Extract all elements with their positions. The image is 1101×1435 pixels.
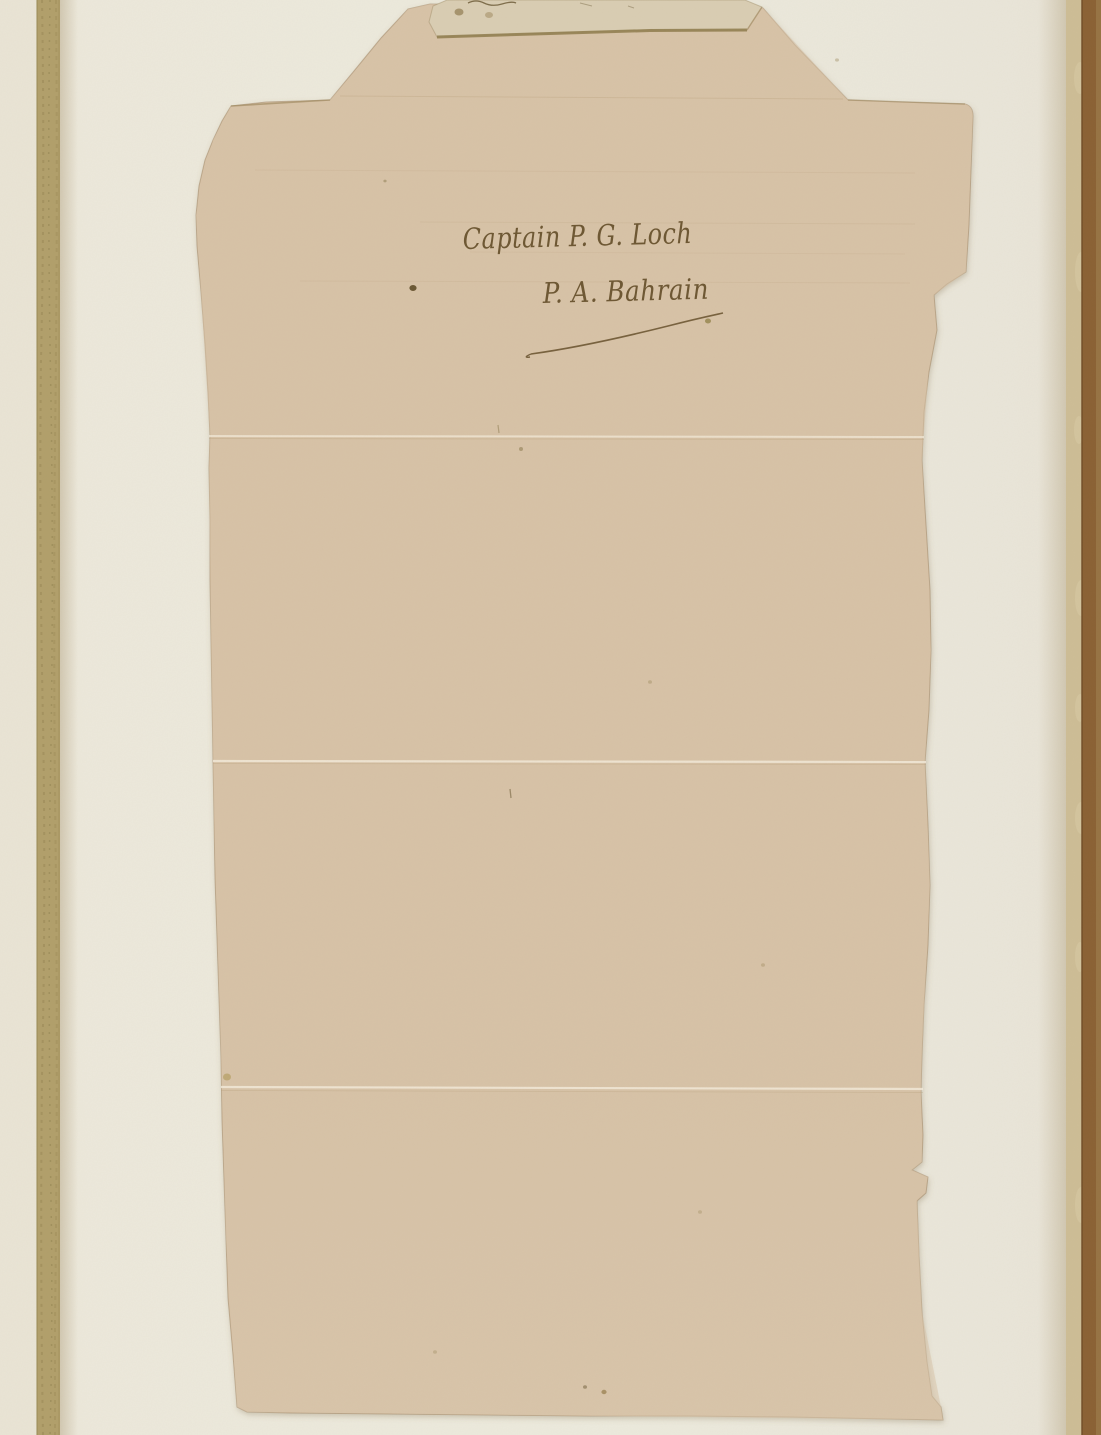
scanned-album-page: Captain P. G. Loch P. A. Bahrain — [0, 0, 1101, 1435]
scan-canvas: Captain P. G. Loch P. A. Bahrain — [0, 0, 1101, 1435]
paper-grain-overlay — [0, 0, 1101, 1435]
